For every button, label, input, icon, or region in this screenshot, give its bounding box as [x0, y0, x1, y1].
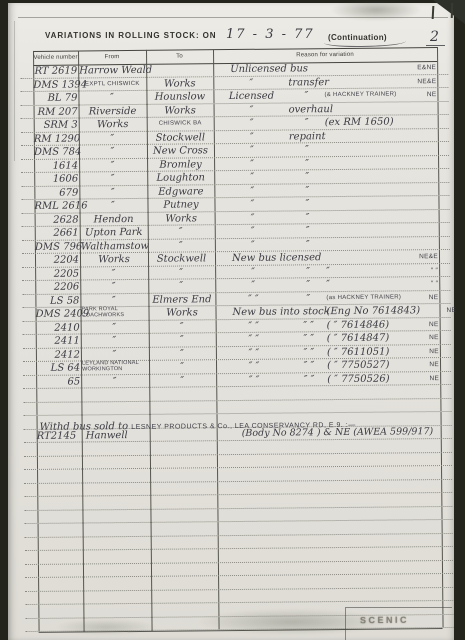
to-location: CHISWICK BA	[148, 117, 213, 131]
vehicle-number: 2410	[36, 321, 80, 335]
vehicle-number: DMS 2409	[35, 308, 79, 322]
stamp-text: SCENIC	[360, 615, 409, 625]
reason-part-3: ″	[326, 264, 402, 278]
reason-part-1: ″	[215, 130, 289, 144]
vehicle-number: LS 64	[36, 362, 80, 376]
reason-part-2: overhaul	[289, 103, 325, 116]
reason-part-2: ″	[289, 170, 325, 183]
reason-part-2: ″	[289, 157, 325, 170]
from-location: LEYLAND NATIONAL WORKINGTON	[82, 361, 148, 375]
reason-part-2: transfer	[288, 76, 324, 89]
vehicle-number: 2206	[35, 281, 79, 295]
reason-part-1: ″	[215, 171, 289, 185]
to-location: Stockwell	[149, 252, 214, 266]
reason-part-3	[325, 109, 401, 110]
from-location: EXPTL CHISWICK	[79, 77, 145, 91]
vehicle-number: 2628	[35, 213, 79, 227]
to-location: ″	[150, 360, 215, 374]
reason-part-3: ( ″ 7614846)	[327, 318, 403, 332]
reason-part-1: ″	[216, 265, 290, 279]
from-location: ″	[81, 280, 147, 294]
reason-part-3	[326, 244, 402, 245]
column-header-vehicle: Vehicle number	[33, 51, 78, 65]
to-location: New Cross	[148, 144, 213, 158]
scanned-ledger-page: { "page": { "title": "VARIATIONS IN ROLL…	[0, 0, 465, 640]
reason-part-2: ″	[288, 89, 324, 102]
reason-part-2: ″	[290, 211, 326, 224]
reason-part-3: (& HACKNEY TRAINER)	[324, 89, 400, 103]
reason-part-3	[325, 190, 401, 191]
reason-part-2: ″	[290, 292, 326, 305]
area-code: ″ ″	[402, 264, 438, 277]
from-location: Works	[80, 118, 146, 132]
reason-part-2: ″	[289, 184, 325, 197]
reason-part-2: ″	[289, 116, 325, 129]
reason-part-1: ″	[215, 157, 289, 171]
reason-part-3: (Eng No 7614843)	[326, 304, 420, 318]
from-location: ″	[80, 145, 146, 159]
handwritten-date: 17 - 3 - 77	[226, 27, 315, 42]
reason-part-3	[325, 203, 401, 204]
table-rows: RT 2619Harrow WealdUnlicensed busE&NEDMS…	[20, 61, 453, 632]
to-location: Works	[148, 104, 213, 118]
vehicle-number: RM 1290	[34, 132, 78, 146]
reason-part-3: (ex RM 1650)	[325, 116, 401, 130]
reason-part-3: ( ″ 7614847)	[327, 332, 403, 346]
reason-part-2: ″ ″	[291, 373, 327, 386]
reason-part-3: ″	[326, 278, 402, 292]
from-location: Walthamstow	[81, 239, 147, 253]
disposal-note-vehicle: RT2145	[37, 431, 77, 442]
reason-part-2: ″	[290, 224, 326, 237]
from-location: ″	[80, 185, 146, 199]
vehicle-number: 679	[34, 186, 78, 200]
reason-part-3: ( ″ 7611051)	[327, 345, 403, 359]
vehicle-number: SRM 3	[34, 119, 78, 133]
reason-part-1: Licensed	[214, 90, 288, 104]
to-location: Bromley	[148, 158, 213, 172]
vehicle-number: RML 2616	[34, 200, 78, 214]
reason-part-1: Unlicensed bus	[214, 62, 324, 76]
from-location: ″	[82, 374, 148, 388]
reason-part-1: ″	[215, 103, 289, 117]
from-location: ″	[79, 91, 145, 105]
paper-crease-vertical	[14, 21, 15, 161]
reason-part-1: ″	[214, 76, 288, 90]
to-location: ″	[150, 320, 215, 334]
reason-part-1: ″ ″	[217, 373, 291, 387]
disposal-note-reason: (Body No 8274 ) & NE (AWEA 599/917)	[242, 426, 434, 439]
area-code: E&NE	[400, 61, 436, 74]
scan-smudge-top	[330, 0, 422, 21]
reason-part-1: ″	[215, 184, 289, 198]
vehicle-number: 2661	[35, 227, 79, 241]
reason-part-3	[325, 149, 401, 150]
reason-part-2: ″ ″	[291, 332, 327, 345]
vehicle-number: 2412	[36, 348, 80, 362]
from-location: ″	[81, 266, 147, 280]
to-location: Works	[147, 77, 212, 91]
area-code: NE&E	[402, 250, 438, 263]
reason-part-1: New bus into stock	[216, 305, 326, 319]
to-location: ″	[149, 225, 214, 239]
to-location: Edgware	[148, 185, 213, 199]
reason-part-2: ″	[290, 238, 326, 251]
area-code: NE	[403, 318, 439, 331]
reason-part-1: ″	[216, 225, 290, 239]
to-location: Loughton	[148, 171, 213, 185]
reason-part-2: ″	[290, 278, 326, 291]
reason-part-3	[325, 176, 401, 177]
reason-part-2: ″	[289, 143, 325, 156]
area-code: NE	[403, 372, 439, 385]
area-code: NE	[403, 331, 439, 344]
reason-part-3	[326, 217, 402, 218]
vehicle-number: RT 2619	[33, 65, 77, 79]
vehicle-number: DMS 1394	[33, 78, 77, 92]
to-location: Stockwell	[148, 131, 213, 145]
from-location: ″	[82, 334, 148, 348]
to-location: Works	[149, 306, 214, 320]
reason-part-3: ( ″ 7750526)	[327, 372, 403, 386]
reason-part-1: ″ ″	[216, 292, 290, 306]
reason-part-1: ″ ″	[217, 360, 291, 374]
vehicle-number: 2205	[35, 267, 79, 281]
vehicle-number: 2204	[35, 254, 79, 268]
from-location: PARK ROYAL COACHWORKS	[81, 307, 147, 321]
reason-part-3	[324, 82, 400, 83]
vehicle-number: 65	[36, 375, 80, 389]
to-location: ″	[150, 347, 215, 361]
reason-part-3	[325, 136, 401, 137]
reason-part-1: ″	[216, 279, 290, 293]
reason-part-3	[324, 68, 400, 69]
from-location: Riverside	[80, 104, 146, 118]
reason-part-1: ″	[215, 117, 289, 131]
from-location: ″	[80, 158, 146, 172]
from-location: ″	[80, 172, 146, 186]
vehicle-number: LS 58	[35, 294, 79, 308]
area-code: NE	[402, 291, 438, 304]
page-title: VARIATIONS IN ROLLING STOCK: ON	[45, 31, 216, 40]
reason-part-3	[325, 163, 401, 164]
from-location: Upton Park	[81, 226, 147, 240]
reason-part-1: ″ ″	[217, 333, 291, 347]
column-header-to: To	[146, 49, 213, 64]
reason-part-1: ″	[216, 238, 290, 252]
reason-part-1: ″	[215, 198, 289, 212]
paper-sheet: VARIATIONS IN ROLLING STOCK: ON 17 - 3 -…	[8, 3, 454, 640]
to-location: Elmers End	[149, 293, 214, 307]
reason-part-3	[326, 230, 402, 231]
from-location: ″	[80, 199, 146, 213]
disposal-note-from: Hanwell	[86, 430, 128, 441]
to-location: Hounslow	[147, 90, 212, 104]
vehicle-number: BL 79	[33, 92, 77, 106]
to-location: Works	[149, 212, 214, 226]
area-code: NE	[420, 304, 456, 317]
area-code: ″ ″	[402, 277, 438, 290]
area-code: NE	[403, 358, 439, 371]
reason-part-2: ″ ″	[291, 319, 327, 332]
from-location: ″	[82, 320, 148, 334]
vehicle-number: RM 207	[34, 105, 78, 119]
to-location: ″	[150, 374, 215, 388]
rolling-stock-table: Vehicle number From To Reason for variat…	[20, 47, 454, 633]
reason-part-2: ″ ″	[291, 359, 327, 372]
reason-part-3: (as HACKNEY TRAINER)	[326, 291, 402, 305]
from-location: Works	[81, 253, 147, 267]
reason-part-2: ″	[290, 265, 326, 278]
vehicle-number: 1606	[34, 173, 78, 187]
continuation-underline	[324, 37, 406, 47]
area-code: NE&E	[400, 75, 436, 88]
reason-part-3: ( ″ 7750527)	[327, 359, 403, 373]
to-location: ″	[150, 333, 215, 347]
vehicle-number: DMS 784	[34, 146, 78, 160]
reason-part-1: ″ ″	[217, 319, 291, 333]
page-number: 2	[426, 29, 445, 46]
vehicle-number: DMS 796	[35, 240, 79, 254]
from-location: Harrow Weald	[79, 64, 145, 78]
reason-part-2: ″	[289, 197, 325, 210]
vehicle-number: 1614	[34, 159, 78, 173]
reason-part-1: ″ ″	[217, 346, 291, 360]
to-location: ″	[149, 266, 214, 280]
area-code: NE	[400, 88, 436, 101]
from-location: Hendon	[81, 212, 147, 226]
reason-part-1: ″	[215, 144, 289, 158]
reason-part-2: repaint	[289, 130, 325, 143]
column-header-from: From	[78, 50, 146, 65]
area-code: NE	[403, 345, 439, 358]
reason-part-1: ″	[216, 211, 290, 225]
to-location: Putney	[148, 198, 213, 212]
reason-part-1: New bus licensed	[216, 251, 326, 265]
vehicle-number: 2411	[36, 335, 80, 349]
to-location: ″	[149, 239, 214, 253]
reason-part-3	[326, 257, 402, 258]
to-location: ″	[149, 279, 214, 293]
from-location: ″	[80, 131, 146, 145]
reason-part-2: ″ ″	[291, 346, 327, 359]
